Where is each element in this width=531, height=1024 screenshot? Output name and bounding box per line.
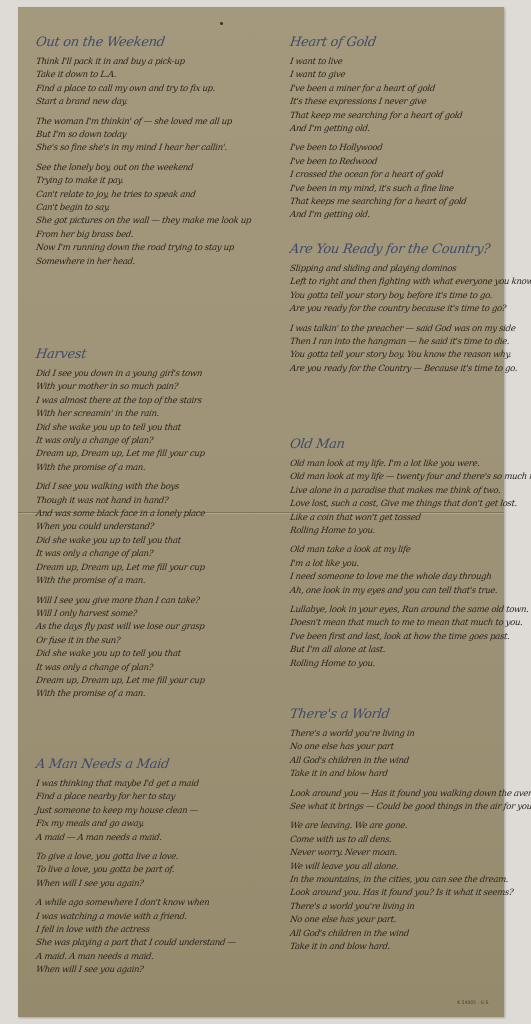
stanza-break: [290, 782, 531, 788]
lyric-line: With your mother in so much pain?: [35, 381, 205, 394]
lyric-line: I want to live: [289, 56, 467, 69]
song-out-on-the-weekend: Out on the WeekendThink I'll pack it in …: [36, 35, 251, 269]
lyric-line: Did she wake you up to tell you that: [35, 535, 205, 548]
lyric-line: Just someone to keep my house clean —: [35, 805, 236, 818]
lyric-line: She got pictures on the wall — they make…: [35, 215, 251, 228]
lyric-line: Take it in and blow hard.: [289, 941, 531, 954]
lyric-line: Old man take a look at my life: [289, 544, 531, 557]
lyric-line: We will leave you all alone.: [289, 861, 531, 874]
lyric-line: No one else has your part.: [289, 914, 531, 927]
stanza-break: [36, 110, 251, 116]
lyric-line: When you could understand?: [35, 521, 205, 534]
song-harvest: HarvestDid I see you down in a young gir…: [36, 347, 205, 702]
catalog-number: K 54005 · U.S.: [457, 1000, 490, 1005]
lyric-line: With the promise of a man.: [35, 462, 205, 475]
lyric-line: Find a place to call my own and try to f…: [35, 83, 251, 96]
lyric-line: Start a brand new day.: [35, 96, 251, 109]
lyric-line: She's so fine she's in my mind I hear he…: [35, 142, 251, 155]
lyric-line: I was watching a movie with a friend.: [35, 911, 236, 924]
lyric-line: With her screamin' in the rain.: [35, 408, 205, 421]
lyric-line: Did she wake you up to tell you that: [35, 422, 205, 435]
song-title: There's a World: [289, 707, 531, 722]
lyric-line: I've been to Redwood: [289, 156, 467, 169]
lyric-line: You gotta tell your story boy. You know …: [289, 349, 531, 362]
lyric-line: There's a world you're living in: [289, 901, 531, 914]
lyric-line: I crossed the ocean for a heart of gold: [289, 169, 467, 182]
lyric-line: I was talkin' to the preacher — said God…: [289, 323, 531, 336]
lyric-line: See the lonely boy, out on the weekend: [35, 162, 251, 175]
lyric-line: With the promise of a man.: [35, 688, 205, 701]
lyric-line: Now I'm running down the road trying to …: [35, 242, 251, 255]
lyric-line: All God's children in the wind: [289, 755, 531, 768]
lyric-line: Are you ready for the country because it…: [289, 303, 531, 316]
lyric-line: Look around you. Has it found you? Is it…: [289, 887, 531, 900]
lyric-line: And I'm getting old.: [289, 209, 467, 222]
lyric-line: Did she wake you up to tell you that: [35, 648, 205, 661]
lyric-line: I've been in my mind, it's such a fine l…: [289, 183, 467, 196]
stanza-break: [290, 317, 531, 323]
lyric-line: Dream up, Dream up, Let me fill your cup: [35, 675, 205, 688]
lyric-line: But I'm all alone at last.: [289, 644, 531, 657]
lyric-line: Come with us to all dens.: [289, 834, 531, 847]
lyric-line: Ah, one look in my eyes and you can tell…: [289, 585, 531, 598]
lyric-line: But I'm so down today: [35, 129, 251, 142]
lyric-line: Lullabye, look in your eyes, Run around …: [289, 604, 531, 617]
lyric-line: She was playing a part that I could unde…: [35, 937, 236, 950]
lyric-line: Then I ran into the hangman — he said it…: [289, 336, 531, 349]
lyric-line: I've been a miner for a heart of gold: [289, 83, 467, 96]
lyric-line: To give a love, you gotta live a love.: [35, 851, 236, 864]
lyric-line: We are leaving. We are gone.: [289, 820, 531, 833]
song-title: Harvest: [35, 347, 206, 362]
lyric-line: I was almost there at the top of the sta…: [35, 395, 205, 408]
lyric-line: As the days fly past will we lose our gr…: [35, 621, 205, 634]
song-title: Heart of Gold: [289, 35, 467, 50]
lyric-line: It's these expressions I never give: [289, 96, 467, 109]
song-heart-of-gold: Heart of GoldI want to liveI want to giv…: [290, 35, 466, 223]
lyric-line: And was some black face in a lonely plac…: [35, 508, 205, 521]
lyric-line: Take it in and blow hard: [289, 768, 531, 781]
song-title: Old Man: [289, 437, 531, 452]
lyric-line: Did I see you walking with the boys: [35, 481, 205, 494]
lyric-line: I've been to Hollywood: [289, 142, 467, 155]
lyric-line: No one else has your part: [289, 741, 531, 754]
lyric-line: Look around you — Has it found you walki…: [289, 788, 531, 801]
lyric-sheet: Out on the WeekendThink I'll pack it in …: [18, 7, 504, 1017]
lyric-line: Rolling Home to you.: [289, 658, 531, 671]
lyric-line: A maid — A man needs a maid.: [35, 832, 236, 845]
lyric-line: Live alone in a paradise that makes me t…: [289, 485, 531, 498]
lyric-line: Are you ready for the Country — Because …: [289, 363, 531, 376]
song-title: A Man Needs a Maid: [35, 757, 237, 772]
lyric-line: A while ago somewhere I don't know when: [35, 897, 236, 910]
song-theres-a-world: There's a WorldThere's a world you're li…: [290, 707, 531, 955]
lyric-line: Can't begin to say.: [35, 202, 251, 215]
lyric-line: That keep me searching for a heart of go…: [289, 110, 467, 123]
lyric-line: I was thinking that maybe I'd get a maid: [35, 778, 236, 791]
lyric-line: And I'm getting old.: [289, 123, 467, 136]
lyric-line: Left to right and then fighting with wha…: [289, 276, 531, 289]
lyric-line: All God's children in the wind: [289, 928, 531, 941]
lyric-line: To live a love, you gotta be part of.: [35, 864, 236, 877]
lyric-line: It was only a change of plan?: [35, 662, 205, 675]
lyric-line: Old man look at my life. I'm a lot like …: [289, 458, 531, 471]
lyric-line: Dream up, Dream up, Let me fill your cup: [35, 562, 205, 575]
lyric-line: Did I see you down in a young girl's tow…: [35, 368, 205, 381]
lyric-line: You gotta tell your story boy, before it…: [289, 290, 531, 303]
lyric-line: Dream up, Dream up, Let me fill your cup: [35, 448, 205, 461]
stanza-break: [36, 589, 205, 595]
lyric-line: When will I see you again?: [35, 964, 236, 977]
lyric-line: Think I'll pack it in and buy a pick-up: [35, 56, 251, 69]
lyric-line: It was only a change of plan?: [35, 548, 205, 561]
song-are-you-ready-for-the-country: Are You Ready for the Country?Slipping a…: [290, 242, 531, 376]
lyric-line: Or fuse it in the sun?: [35, 635, 205, 648]
lyric-line: Fix my meals and go away.: [35, 818, 236, 831]
lyric-line: The woman I'm thinkin' of — she loved me…: [35, 116, 251, 129]
lyric-line: In the mountains, in the cities, you can…: [289, 874, 531, 887]
lyric-line: There's a world you're living in: [289, 728, 531, 741]
stanza-break: [36, 156, 251, 162]
lyric-line: Slipping and sliding and playing dominos: [289, 263, 531, 276]
lyric-line: Somewhere in her head.: [35, 256, 251, 269]
song-title: Are You Ready for the Country?: [289, 242, 531, 257]
lyric-line: I need someone to love me the whole day …: [289, 571, 531, 584]
lyric-line: See what it brings — Could be good thing…: [289, 801, 531, 814]
song-a-man-needs-a-maid: A Man Needs a MaidI was thinking that ma…: [36, 757, 236, 978]
punch-dot: [220, 22, 223, 25]
lyric-line: Though it was not hand in hand?: [35, 495, 205, 508]
lyric-line: Never worry. Never moan.: [289, 847, 531, 860]
lyric-line: A maid. A man needs a maid.: [35, 951, 236, 964]
lyric-line: It was only a change of plan?: [35, 435, 205, 448]
lyric-line: Like a coin that won't get tossed: [289, 512, 531, 525]
lyric-line: Find a place nearby for her to stay: [35, 791, 236, 804]
lyric-line: I want to give: [289, 69, 467, 82]
lyric-line: I'm a lot like you.: [289, 558, 531, 571]
lyric-line: Will I only harvest some?: [35, 608, 205, 621]
lyric-line: Doesn't mean that much to me to mean tha…: [289, 617, 531, 630]
lyric-line: Will I see you give more than I can take…: [35, 595, 205, 608]
lyric-line: From her big brass bed.: [35, 229, 251, 242]
song-old-man: Old ManOld man look at my life. I'm a lo…: [290, 437, 531, 671]
lyric-line: With the promise of a man.: [35, 575, 205, 588]
lyric-line: Take it down to L.A.: [35, 69, 251, 82]
lyric-line: Love lost, such a cost, Give me things t…: [289, 498, 531, 511]
lyric-line: I've been first and last, look at how th…: [289, 631, 531, 644]
lyric-line: I fell in love with the actress: [35, 924, 236, 937]
lyric-line: Can't relate to joy, he tries to speak a…: [35, 189, 251, 202]
lyric-line: That keeps me searching for a heart of g…: [289, 196, 467, 209]
song-title: Out on the Weekend: [35, 35, 252, 50]
lyric-line: Trying to make it pay.: [35, 175, 251, 188]
lyric-line: Rolling Home to you.: [289, 525, 531, 538]
lyric-line: When will I see you again?: [35, 878, 236, 891]
lyric-line: Old man look at my life — twenty four an…: [289, 471, 531, 484]
